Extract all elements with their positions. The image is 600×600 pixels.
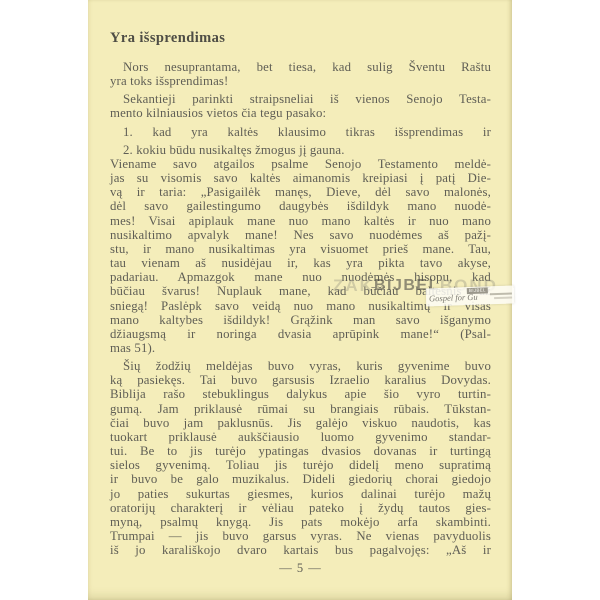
list-item-2-and-psalm: 2. kokiu būdu nusikaltęs žmogus jį gauna… — [110, 143, 491, 355]
text-line: 1. kad yra kaltės klausimo tikras išspre… — [110, 125, 491, 139]
text-line: Trumpai — jis buvo garsus vyras. Ne vien… — [110, 529, 491, 543]
text-line: padariau. Apmazgok mane nuo nuodėmės his… — [110, 270, 491, 284]
text-line: 2. kokiu būdu nusikaltęs žmogus jį gauna… — [110, 143, 491, 157]
text-line: Nors nesuprantama, bet tiesa, kad sulig … — [110, 60, 491, 74]
text-line: Viename savo atgailos psalme Senojo Test… — [110, 157, 491, 171]
text-line: Biblija rašo stebuklingus dalykus apie š… — [110, 387, 491, 401]
book-page: Yra išsprendimas Nors nesuprantama, bet … — [88, 0, 512, 600]
text-line: oratorijų charakterį ir vėliau pateko į … — [110, 501, 491, 515]
paragraph-lead-in: Sekantieji parinkti straipsneliai iš vie… — [110, 92, 491, 120]
text-line: mano kaltybes išdildyk! Grąžink man savo… — [110, 313, 491, 327]
text-line: iš jo karališkojo dvaro kartais bus paga… — [110, 543, 491, 557]
text-line: dėl savo gailestingumo daugybės išdildyk… — [110, 199, 491, 213]
stamp-chip-label: BIJBEL — [467, 287, 488, 294]
text-line: mas 51). — [110, 341, 491, 355]
text-line: myną, psalmų knygą. Jis pats mokėjo arfa… — [110, 515, 491, 529]
text-line: čiai buvo jam paklusnūs. Jis galėjo visk… — [110, 416, 491, 430]
text-line: tuokart priklausė aukščiausio luomo gyve… — [110, 430, 491, 444]
text-line: Šių žodžių meldėjas buvo vyras, kuris gy… — [110, 359, 491, 373]
text-line: jo paties sukurtas giesmes, kurios dalin… — [110, 487, 491, 501]
paragraph-david: Šių žodžių meldėjas buvo vyras, kuris gy… — [110, 359, 491, 557]
text-line: ką pasiekęs. Tai buvo garsusis Izraelio … — [110, 373, 491, 387]
page-title: Yra išsprendimas — [110, 30, 491, 47]
text-line: yra toks išsprendimas! — [110, 74, 491, 88]
watermark-stamp: Gospel for Gu BIJBEL — [426, 285, 515, 306]
text-line: džiaugsmą ir noringa dvasia aprūpink man… — [110, 327, 491, 341]
text-line: tui. Be to jis turėjo ypatingas dvasios … — [110, 444, 491, 458]
text-line: gumą. Jam priklausė rūmai su brangiais r… — [110, 402, 491, 416]
list-item-1: 1. kad yra kaltės klausimo tikras išspre… — [110, 125, 491, 139]
text-line: Sekantieji parinkti straipsneliai iš vie… — [110, 92, 491, 106]
stamp-decorative-line — [490, 293, 512, 296]
text-line: tau vienam aš nusidėjau ir, kas yra pikt… — [110, 256, 491, 270]
text-line: jas su visomis savo kaltės aimanomis kre… — [110, 171, 491, 185]
stamp-decorative-line — [494, 297, 512, 300]
scan-background: { "doc": { "title": "Yra išsprendimas", … — [0, 0, 600, 600]
text-line: nusikaltimo apvalyk mane! Nes savo nuodė… — [110, 228, 491, 242]
text-line: ir buvo be galo muzikalus. Dideli giedor… — [110, 472, 491, 486]
paragraph-intro: Nors nesuprantama, bet tiesa, kad sulig … — [110, 60, 491, 88]
text-line: sielos gyvenimą. Toliau jis turėjo didel… — [110, 458, 491, 472]
text-line: vą ir taria: „Pasigailėk manęs, Dieve, d… — [110, 185, 491, 199]
page-number: — 5 — — [110, 561, 491, 576]
text-line: mento kilniausios vietos čia tegu pasako… — [110, 106, 491, 120]
text-line: stu, ir mano nusikaltimas yra visuomet p… — [110, 242, 491, 256]
text-line: mes! Visai apiplauk mane nuo mano kaltės… — [110, 214, 491, 228]
